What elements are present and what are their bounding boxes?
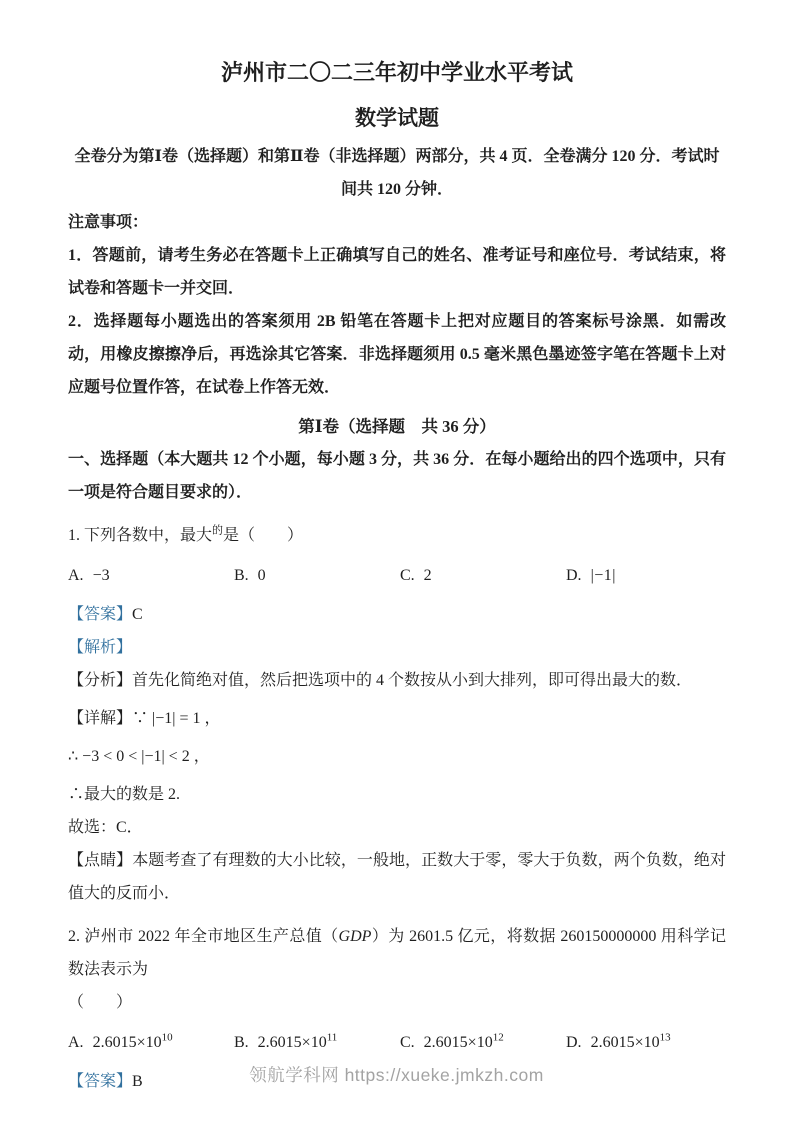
q2-stem-gdp: GDP	[339, 928, 372, 945]
q1-answer-value: C	[132, 606, 143, 623]
question-2-stem: 2. 泸州市 2022 年全市地区生产总值（GDP）为 2601.5 亿元，将数…	[68, 920, 726, 986]
question-1-options: A.−3 B.0 C.2 D.|−1|	[68, 561, 726, 591]
q2-option-d: D.2.6015×1013	[566, 1028, 726, 1058]
q1-conclusion: 故选：C．	[68, 811, 726, 844]
q2-option-b: B.2.6015×1011	[234, 1028, 400, 1058]
q1-stem-text-after: 是（ ）	[223, 527, 303, 544]
q1-step-2: ∴ −3 < 0 < |−1| < 2 ，	[68, 740, 726, 773]
q1-fenxi-label: 【分析】	[68, 672, 132, 689]
q2-option-a: A.2.6015×1010	[68, 1028, 234, 1058]
q1-fenxi-line: 【分析】首先化简绝对值，然后把选项中的 4 个数按从小到大排列，即可得出最大的数…	[68, 664, 726, 697]
q2-option-b-base: 2.6015×10	[258, 1034, 327, 1051]
q2-option-a-label: A.	[68, 1034, 84, 1051]
q1-option-c-value: 2	[424, 567, 432, 584]
q1-option-a-label: A.	[68, 567, 84, 584]
q1-xiangjie-label: 【详解】	[68, 710, 132, 727]
q2-option-a-exp: 10	[162, 1032, 173, 1044]
q1-option-d: D.|−1|	[566, 561, 726, 591]
notice-item-1: 1．答题前，请考生务必在答题卡上正确填写自己的姓名、准考证号和座位号．考试结束，…	[68, 239, 726, 305]
section-1-instructions: 一、选择题（本大题共 12 个小题，每小题 3 分，共 36 分．在每小题给出的…	[68, 443, 726, 509]
q1-dianjing-line: 【点睛】本题考查了有理数的大小比较，一般地，正数大于零，零大于负数，两个负数，绝…	[68, 844, 726, 910]
q2-option-d-label: D.	[566, 1034, 582, 1051]
q1-option-d-value: |−1|	[591, 567, 616, 584]
question-2-options: A.2.6015×1010 B.2.6015×1011 C.2.6015×101…	[68, 1028, 726, 1058]
q1-step-3: ∴最大的数是 2.	[68, 778, 726, 811]
q2-option-d-exp: 13	[660, 1032, 671, 1044]
q1-xiangjie-math: ∵ |−1| = 1 ，	[132, 710, 220, 727]
q1-dianjing-text: 本题考查了有理数的大小比较，一般地，正数大于零，零大于负数，两个负数，绝对值大的…	[68, 852, 726, 902]
q1-jiexi-label: 【解析】	[68, 639, 132, 656]
q1-option-c-label: C.	[400, 567, 415, 584]
q2-option-a-base: 2.6015×10	[93, 1034, 162, 1051]
q1-option-a-value: −3	[93, 567, 110, 584]
watermark-footer: 领航学科网 https://xueke.jmkzh.com	[0, 1062, 793, 1087]
q1-jiexi-line: 【解析】	[68, 631, 726, 664]
q1-stem-text: 1. 下列各数中，最大	[68, 527, 212, 544]
q1-option-a: A.−3	[68, 561, 234, 591]
q2-option-c-base: 2.6015×10	[424, 1034, 493, 1051]
exam-page: 泸州市二〇二三年初中学业水平考试 数学试题 全卷分为第Ⅰ卷（选择题）和第Ⅱ卷（非…	[0, 0, 793, 1098]
q2-option-c: C.2.6015×1012	[400, 1028, 566, 1058]
q1-answer-label: 【答案】	[68, 606, 132, 623]
exam-intro: 全卷分为第Ⅰ卷（选择题）和第Ⅱ卷（非选择题）两部分，共 4 页．全卷满分 120…	[68, 140, 726, 206]
notice-heading: 注意事项：	[68, 206, 726, 239]
q2-option-d-base: 2.6015×10	[591, 1034, 660, 1051]
q1-option-b-label: B.	[234, 567, 249, 584]
exam-subtitle: 数学试题	[68, 102, 726, 134]
q1-stem-superscript: 的	[212, 525, 223, 537]
q1-fenxi-text: 首先化简绝对值，然后把选项中的 4 个数按从小到大排列，即可得出最大的数．	[132, 672, 692, 689]
notice-item-2: 2．选择题每小题选出的答案须用 2B 铅笔在答题卡上把对应题目的答案标号涂黑．如…	[68, 305, 726, 404]
question-1-stem: 1. 下列各数中，最大的是（ ）	[68, 519, 726, 552]
section-1-header: 第Ⅰ卷（选择题 共 36 分）	[68, 410, 726, 443]
q2-stem-text-1: 2. 泸州市 2022 年全市地区生产总值（	[68, 928, 339, 945]
q1-step-2-math: ∴ −3 < 0 < |−1| < 2 ，	[68, 748, 210, 765]
q2-option-c-label: C.	[400, 1034, 415, 1051]
q2-option-c-exp: 12	[493, 1032, 504, 1044]
q1-dianjing-label: 【点睛】	[68, 852, 132, 869]
q1-xiangjie-line: 【详解】∵ |−1| = 1 ，	[68, 702, 726, 735]
q1-option-b: B.0	[234, 561, 400, 591]
q2-stem-parens: （ ）	[68, 986, 726, 1019]
q2-option-b-label: B.	[234, 1034, 249, 1051]
q1-answer-line: 【答案】C	[68, 598, 726, 631]
q2-option-b-exp: 11	[327, 1032, 338, 1044]
exam-title: 泸州市二〇二三年初中学业水平考试	[68, 56, 726, 90]
q1-option-b-value: 0	[258, 567, 266, 584]
q1-option-d-label: D.	[566, 567, 582, 584]
q1-option-c: C.2	[400, 561, 566, 591]
